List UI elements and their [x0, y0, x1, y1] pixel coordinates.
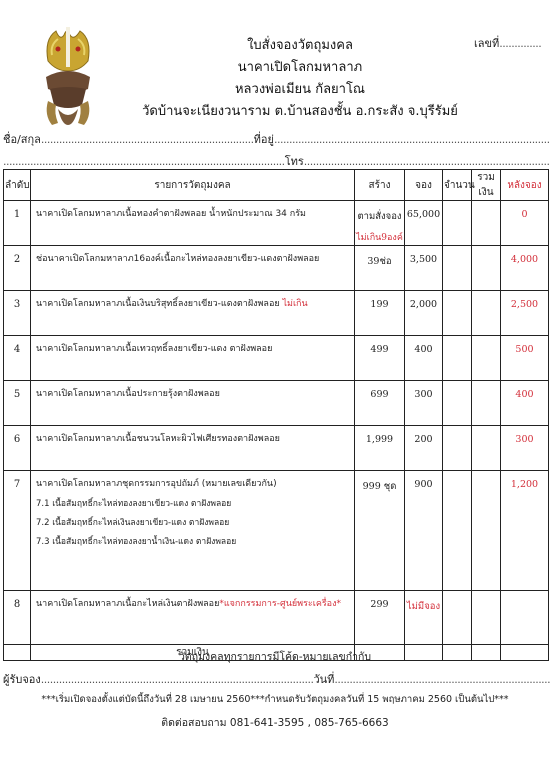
table-row: 2ช่อนาคาเปิดโลกมหาลาภ16องค์เนื้อกะไหล่ทอ… [4, 246, 549, 291]
receiver-line[interactable]: ผู้รับจอง...............................… [3, 670, 550, 688]
sum-cell[interactable] [472, 591, 501, 645]
built-count: 199 [355, 291, 405, 336]
table-row: 8นาคาเปิดโลกมหาลาภเนื้อกะไหล่เงินตาฝังพล… [4, 591, 549, 645]
built-limit-note: ไม่เกิน9องค์ [355, 230, 404, 244]
sum-cell[interactable] [472, 471, 501, 591]
contact-info: ติดต่อสอบถาม 081-641-3595 , 085-765-6663 [0, 714, 550, 731]
item-description: นาคาเปิดโลกมหาลาภเนื้อเงินบริสุทธิ์ลงยาเ… [31, 291, 355, 336]
col-item: รายการวัตถุมงคล [31, 170, 355, 201]
qty-cell[interactable] [443, 471, 472, 591]
doc-number-field[interactable]: เลขที่.............. [474, 34, 541, 52]
form-title: ใบสั่งจองวัตถุมงคล [120, 34, 480, 55]
temple-name: วัดบ้านจะเนียงวนาราม ต.บ้านสองชั้น อ.กระ… [100, 100, 500, 121]
item-text: นาคาเปิดโลกมหาลาภเนื้อกะไหล่เงินตาฝังพลอ… [36, 599, 219, 609]
item-description: นาคาเปิดโลกมหาลาภเนื้อเทวฤทธิ์ลงยาเขียว-… [31, 336, 355, 381]
address-label: ที่อยู่ [254, 133, 274, 146]
item-description: นาคาเปิดโลกมหาลาภเนื้อทองคำตาฝังพลอย น้ำ… [31, 201, 355, 246]
sum-cell[interactable] [472, 381, 501, 426]
item-text: นาคาเปิดโลกมหาลาภเนื้อทองคำตาฝังพลอย น้ำ… [36, 209, 306, 219]
built-count: 39ช่อ [355, 246, 405, 291]
item-description: นาคาเปิดโลกมหาลาภเนื้อกะไหล่เงินตาฝังพลอ… [31, 591, 355, 645]
built-count: 299 [355, 591, 405, 645]
reserve-price: 65,000 [405, 201, 443, 246]
after-price: 0 [501, 201, 549, 246]
phone-line[interactable]: ........................................… [3, 152, 550, 170]
item-text: นาคาเปิดโลกมหาลาภเนื้อชนวนโลหะผิวไฟเศียร… [36, 434, 280, 444]
sum-cell[interactable] [472, 246, 501, 291]
sum-cell[interactable] [472, 291, 501, 336]
table-row: 3นาคาเปิดโลกมหาลาภเนื้อเงินบริสุทธิ์ลงยา… [4, 291, 549, 336]
qty-cell[interactable] [443, 381, 472, 426]
col-sum: รวมเงิน [472, 170, 501, 201]
naga-amulet-icon [40, 25, 96, 128]
built-value: 1,999 [355, 434, 404, 445]
after-price [501, 591, 549, 645]
after-price: 500 [501, 336, 549, 381]
reserve-price: ไม่มีจอง [405, 591, 443, 645]
phone-label: โทร [285, 155, 304, 168]
reserve-price: 200 [405, 426, 443, 471]
after-price: 300 [501, 426, 549, 471]
table-row: 1นาคาเปิดโลกมหาลาภเนื้อทองคำตาฝังพลอย น้… [4, 201, 549, 246]
item-description: นาคาเปิดโลกมหาลาภเนื้อประกายรุ้งตาฝังพลอ… [31, 381, 355, 426]
qty-cell[interactable] [443, 246, 472, 291]
table-header: ลำดับ รายการวัตถุมงคล สร้าง จอง จำนวน รว… [4, 170, 549, 201]
item-description: นาคาเปิดโลกมหาลาภเนื้อชนวนโลหะผิวไฟเศียร… [31, 426, 355, 471]
built-count: ตามสั่งจองไม่เกิน9องค์ [355, 201, 405, 246]
row-number: 5 [4, 381, 31, 426]
order-table: ลำดับ รายการวัตถุมงคล สร้าง จอง จำนวน รว… [3, 169, 549, 661]
amulet-name: นาคาเปิดโลกมหาลาภ [120, 56, 480, 77]
reserve-price: 300 [405, 381, 443, 426]
built-value: 39ช่อ [355, 254, 404, 269]
schedule-note: ***เริ่มเปิดจองตั้งแต่บัดนี้ถึงวันที่ 28… [0, 692, 550, 707]
item-description: ช่อนาคาเปิดโลกมหาลาภ16องค์เนื้อกะไหล่ทอง… [31, 246, 355, 291]
sub-item: 7.2 เนื้อสัมฤทธิ์กะไหล่เงินลงยาเขียว-แดง… [36, 518, 354, 528]
item-text: นาคาเปิดโลกมหาลาภชุดกรรมการอุปถัมภ์ (หมา… [36, 479, 354, 490]
name-address-line[interactable]: ชื่อ/สกุล...............................… [3, 130, 550, 148]
item-text: นาคาเปิดโลกมหาลาภเนื้อเทวฤทธิ์ลงยาเขียว-… [36, 344, 272, 354]
qty-cell[interactable] [443, 291, 472, 336]
row-number: 1 [4, 201, 31, 246]
date-label: วันที่ [313, 673, 334, 686]
qty-cell[interactable] [443, 201, 472, 246]
col-reserve: จอง [405, 170, 443, 201]
doc-number-label: เลขที่ [474, 37, 499, 50]
item-committee-note: *แจกกรรมการ-ศูนย์พระเครื่อง* [219, 599, 341, 609]
table-row: 6นาคาเปิดโลกมหาลาภเนื้อชนวนโลหะผิวไฟเศีย… [4, 426, 549, 471]
sum-cell[interactable] [472, 336, 501, 381]
code-note: วัตถุมงคลทุกรายการมีโค้ด-หมายเลขกำกับ [0, 648, 550, 665]
row-number: 4 [4, 336, 31, 381]
row-number: 2 [4, 246, 31, 291]
col-no: ลำดับ [4, 170, 31, 201]
item-text: นาคาเปิดโลกมหาลาภเนื้อเงินบริสุทธิ์ลงยาเ… [36, 299, 283, 309]
reserve-price: 400 [405, 336, 443, 381]
built-value: 699 [355, 389, 404, 400]
built-count: 499 [355, 336, 405, 381]
reserve-price: 2,000 [405, 291, 443, 336]
row-number: 7 [4, 471, 31, 591]
sum-cell[interactable] [472, 426, 501, 471]
table-row: 5นาคาเปิดโลกมหาลาภเนื้อประกายรุ้งตาฝังพล… [4, 381, 549, 426]
built-count: 1,999 [355, 426, 405, 471]
qty-cell[interactable] [443, 426, 472, 471]
table-row: 7นาคาเปิดโลกมหาลาภชุดกรรมการอุปถัมภ์ (หม… [4, 471, 549, 591]
table-row: 4นาคาเปิดโลกมหาลาภเนื้อเทวฤทธิ์ลงยาเขียว… [4, 336, 549, 381]
row-number: 6 [4, 426, 31, 471]
item-text: ช่อนาคาเปิดโลกมหาลาภ16องค์เนื้อกะไหล่ทอง… [36, 254, 319, 264]
monk-name: หลวงพ่อเมียน กัลยาโณ [120, 78, 480, 99]
after-price: 400 [501, 381, 549, 426]
item-text: นาคาเปิดโลกมหาลาภเนื้อประกายรุ้งตาฝังพลอ… [36, 389, 220, 399]
after-price: 2,500 [501, 291, 549, 336]
after-price: 1,200 [501, 471, 549, 591]
item-description: นาคาเปิดโลกมหาลาภชุดกรรมการอุปถัมภ์ (หมา… [31, 471, 355, 591]
reserve-price: 900 [405, 471, 443, 591]
built-count: 699 [355, 381, 405, 426]
after-price: 4,000 [501, 246, 549, 291]
name-label: ชื่อ/สกุล [3, 133, 41, 146]
col-after: หลังจอง [501, 170, 549, 201]
col-built: สร้าง [355, 170, 405, 201]
built-value: ตามสั่งจอง [355, 209, 404, 224]
sub-item: 7.3 เนื้อสัมฤทธิ์กะไหล่ทองลงยาน้ำเงิน-แด… [36, 537, 354, 547]
qty-cell[interactable] [443, 336, 472, 381]
col-qty: จำนวน [443, 170, 472, 201]
built-count: 999 ชุด [355, 471, 405, 591]
receiver-label: ผู้รับจอง [3, 673, 41, 686]
qty-cell[interactable] [443, 591, 472, 645]
sub-item: 7.1 เนื้อสัมฤทธิ์กะไหล่ทองลงยาเขียว-แดง … [36, 499, 354, 509]
sum-cell[interactable] [472, 201, 501, 246]
built-value: 199 [355, 299, 404, 310]
row-number: 3 [4, 291, 31, 336]
reserve-price: 3,500 [405, 246, 443, 291]
built-value: 499 [355, 344, 404, 355]
row-number: 8 [4, 591, 31, 645]
item-limit-note: ไม่เกิน [283, 299, 308, 309]
